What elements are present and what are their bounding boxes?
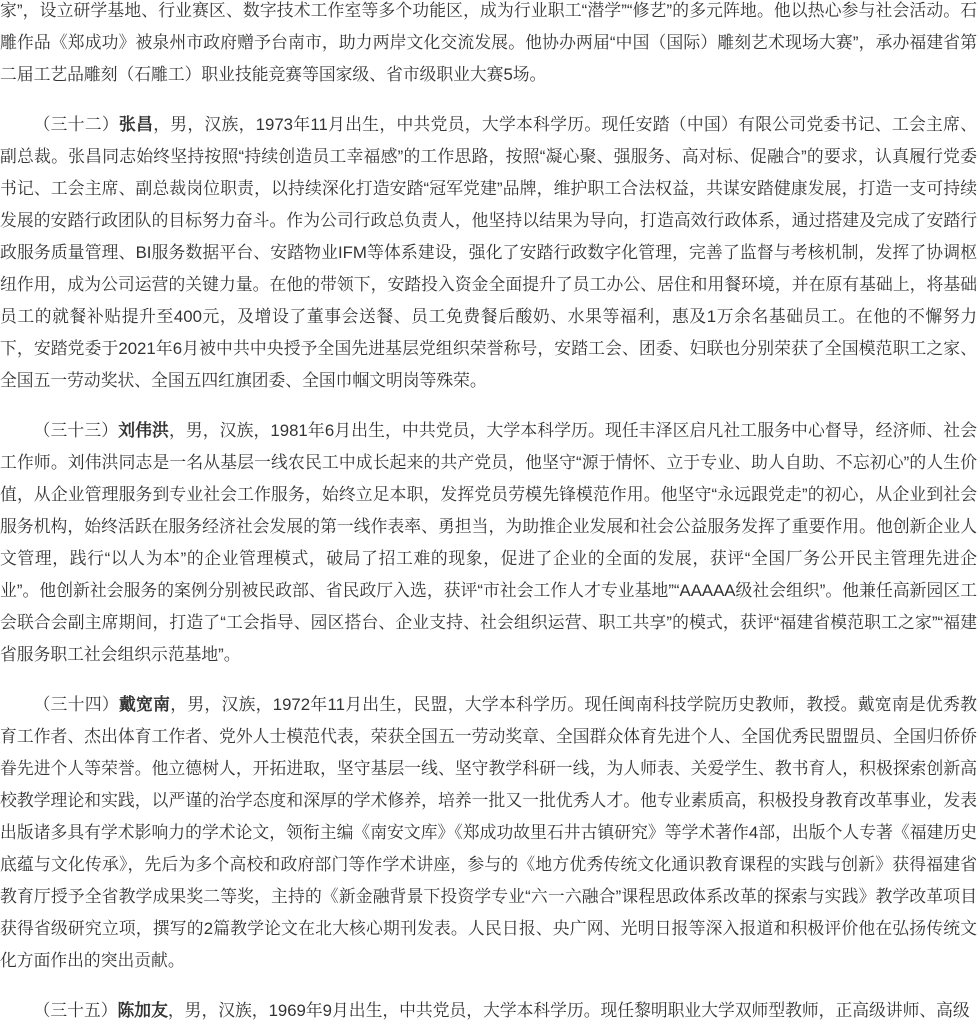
bio-text: ，男，汉族，1973年11月出生，中共党员，大学本科学历。现任安踏（中国）有限公… xyxy=(0,115,977,390)
person-name: 陈加友 xyxy=(118,1001,168,1020)
bio-index-label: （三十二） xyxy=(34,115,119,134)
bio-index-label: （三十四） xyxy=(34,695,119,714)
bio-text: ，男，汉族，1972年11月出生，民盟，大学本科学历。现任闽南科技学院历史教师，… xyxy=(0,695,977,970)
bio-paragraph-35: （三十五）陈加友，男，汉族，1969年9月出生，中共党员，大学本科学历。现任黎明… xyxy=(0,995,977,1025)
document-viewport: 家”，设立研学基地、行业赛区、数字技术工作室等多个功能区，成为行业职工“潜学”“… xyxy=(0,0,977,1025)
person-name: 刘伟洪 xyxy=(118,421,169,440)
bio-index-label: （三十五） xyxy=(34,1001,118,1020)
person-name: 张昌 xyxy=(119,115,153,134)
bio-paragraph-32: （三十二）张昌，男，汉族，1973年11月出生，中共党员，大学本科学历。现任安踏… xyxy=(0,109,977,397)
bio-text: ，男，汉族，1981年6月出生，中共党员，大学本科学历。现任丰泽区启凡社工服务中… xyxy=(0,421,977,664)
bio-index-label: （三十三） xyxy=(34,421,119,440)
paragraph-continuation: 家”，设立研学基地、行业赛区、数字技术工作室等多个功能区，成为行业职工“潜学”“… xyxy=(0,0,977,91)
document-body: 家”，设立研学基地、行业赛区、数字技术工作室等多个功能区，成为行业职工“潜学”“… xyxy=(0,0,977,1025)
bio-paragraph-33: （三十三）刘伟洪，男，汉族，1981年6月出生，中共党员，大学本科学历。现任丰泽… xyxy=(0,415,977,671)
bio-paragraph-34: （三十四）戴宽南，男，汉族，1972年11月出生，民盟，大学本科学历。现任闽南科… xyxy=(0,689,977,977)
person-name: 戴宽南 xyxy=(119,695,170,714)
bio-text: ，男，汉族，1969年9月出生，中共党员，大学本科学历。现任黎明职业大学双师型教… xyxy=(168,1001,970,1020)
paragraph-text: 家”，设立研学基地、行业赛区、数字技术工作室等多个功能区，成为行业职工“潜学”“… xyxy=(0,1,977,84)
